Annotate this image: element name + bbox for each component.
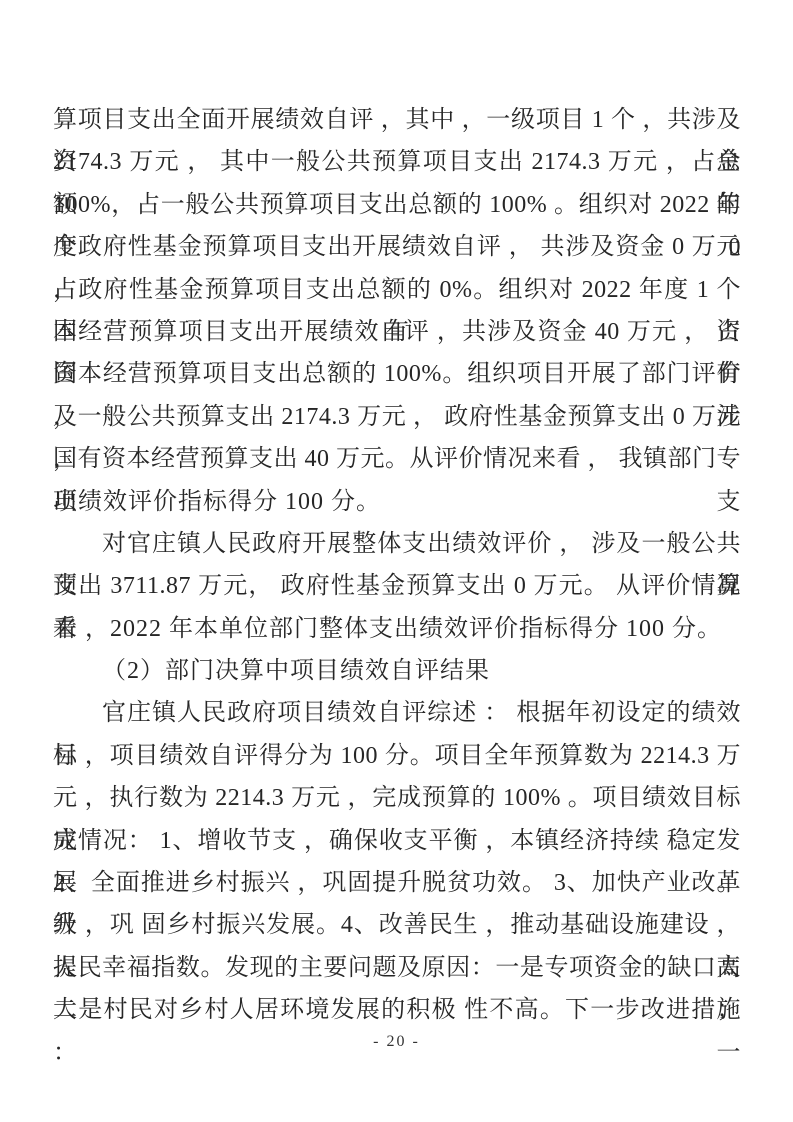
text-line: 支出 3711.87 万元， 政府性基金预算支出 0 万元。 从评价情况来 [53, 565, 741, 607]
document-body: 算项目支出全面开展绩效自评 ，其中 ，一级项目 1 个 ，共涉及资金 2174.… [53, 99, 741, 1032]
text-line: 资本经营预算项目支出总额的 100%。组织项目开展了部门评价 ，涉 [53, 353, 741, 395]
text-line: 标 ，项目绩效自评得分为 100 分。项目全年预算数为 2214.3 万 [53, 735, 741, 777]
text-line: 2、全面推进乡村振兴 ，巩固提升脱贫功效。 3、加快产业改革升 [53, 862, 741, 904]
text-line: 元 ，执行数为 2214.3 万元 ，完成预算的 100% 。项目绩效目标完 [53, 777, 741, 819]
text-line: 算项目支出全面开展绩效自评 ，其中 ，一级项目 1 个 ，共涉及资金 [53, 99, 741, 141]
text-line: 100%，占一般公共预算项目支出总额的 100% 。组织对 2022 年度 0 [53, 184, 741, 226]
text-line: 占政府性基金预算项目支出总额的 0%。组织对 2022 年度 1 个国有资 [53, 269, 741, 311]
text-line: 2174.3 万元 ， 其中一般公共预算项目支出 2174.3 万元 ，占总额的 [53, 141, 741, 183]
text-line: 级 ，巩 固乡村振兴发展。4、改善民生 ，推动基础设施建设 ，提高 [53, 904, 741, 946]
text-line-paragraph-start: 官庄镇人民政府项目绩效自评综述 ： 根据年初设定的绩效目 [53, 692, 741, 734]
document-page: 算项目支出全面开展绩效自评 ，其中 ，一级项目 1 个 ，共涉及资金 2174.… [0, 0, 793, 1122]
text-line: 本经营预算项目支出开展绩效自评 ，共涉及资金 40 万元 ， 占国有 [53, 311, 741, 353]
text-line: 成情况： 1、增收节支 ，确保收支平衡 ，本镇经济持续 稳定发展。 [53, 820, 741, 862]
text-line: 人民幸福指数。发现的主要问题及原因：一是专项资金的缺口太大； [53, 947, 741, 989]
text-line: 及一般公共预算支出 2174.3 万元 ， 政府性基金预算支出 0 万元 ， [53, 396, 741, 438]
page-number: - 20 - [0, 1033, 793, 1051]
text-line: 二是村民对乡村人居环境发展的积极 性不高。下一步改进措施 ：一 [53, 989, 741, 1031]
text-line-paragraph-end: 看 ，2022 年本单位部门整体支出绩效评价指标得分 100 分。 [53, 608, 741, 650]
text-line-paragraph-start: 对官庄镇人民政府开展整体支出绩效评价 ， 涉及一般公共预算 [53, 523, 741, 565]
text-line: 个政府性基金预算项目支出开展绩效自评 ， 共涉及资金 0 万元 ， [53, 226, 741, 268]
text-line: 国有资本经营预算支出 40 万元。从评价情况来看 ， 我镇部门专项支 [53, 438, 741, 480]
text-line-heading: （2）部门决算中项目绩效自评结果 [53, 650, 741, 692]
